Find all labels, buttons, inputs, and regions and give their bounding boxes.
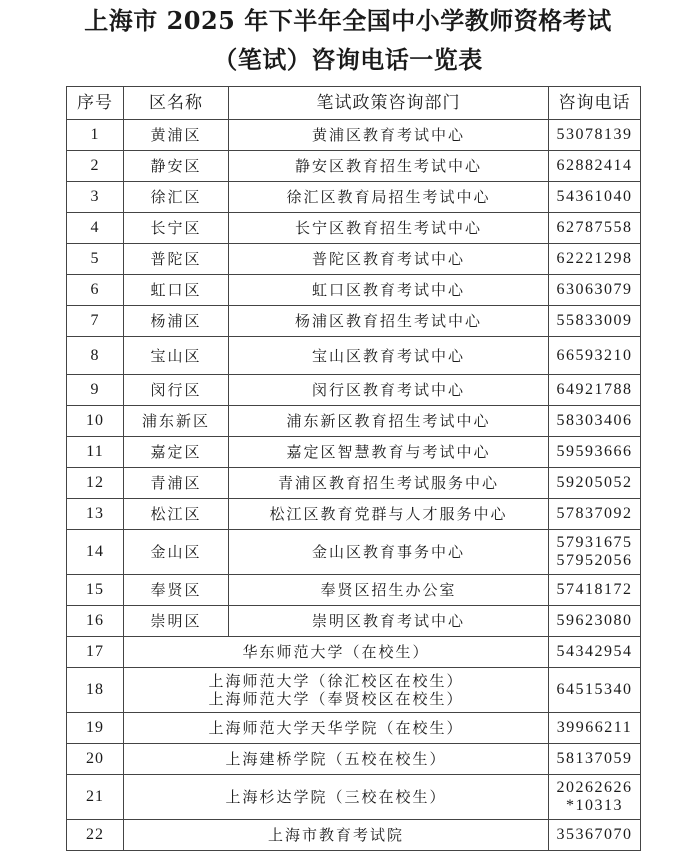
row-phone: 54342954 bbox=[549, 637, 641, 668]
row-institution: 上海建桥学院（五校在校生） bbox=[124, 744, 549, 775]
row-index: 18 bbox=[67, 668, 124, 713]
row-phone: 59623080 bbox=[549, 606, 641, 637]
row-phone: 64515340 bbox=[549, 668, 641, 713]
institution-line-1: 上海师范大学（徐汇校区在校生） bbox=[124, 672, 548, 690]
row-phone: 53078139 bbox=[549, 120, 641, 151]
row-phone: 39966211 bbox=[549, 713, 641, 744]
row-index: 14 bbox=[67, 530, 124, 575]
row-index: 17 bbox=[67, 637, 124, 668]
phone-line-2: 57952056 bbox=[549, 552, 640, 570]
row-index: 11 bbox=[67, 437, 124, 468]
row-department: 黄浦区教育考试中心 bbox=[229, 120, 549, 151]
document-title-line1: 上海市 2025 年下半年全国中小学教师资格考试 bbox=[0, 6, 696, 36]
table-row: 22上海市教育考试院35367070 bbox=[67, 820, 641, 851]
row-index: 15 bbox=[67, 575, 124, 606]
row-department: 长宁区教育招生考试中心 bbox=[229, 213, 549, 244]
phone-line-1: 20262626 bbox=[549, 779, 640, 797]
table-row: 13松江区松江区教育党群与人才服务中心57837092 bbox=[67, 499, 641, 530]
row-phone: 62221298 bbox=[549, 244, 641, 275]
row-department: 静安区教育招生考试中心 bbox=[229, 151, 549, 182]
table-row: 7杨浦区杨浦区教育招生考试中心55833009 bbox=[67, 306, 641, 337]
row-district: 奉贤区 bbox=[124, 575, 229, 606]
header-index: 序号 bbox=[67, 87, 124, 120]
row-phone: 58303406 bbox=[549, 406, 641, 437]
row-district: 静安区 bbox=[124, 151, 229, 182]
row-department: 杨浦区教育招生考试中心 bbox=[229, 306, 549, 337]
row-index: 16 bbox=[67, 606, 124, 637]
row-district: 杨浦区 bbox=[124, 306, 229, 337]
row-index: 20 bbox=[67, 744, 124, 775]
row-district: 青浦区 bbox=[124, 468, 229, 499]
row-institution: 上海师范大学（徐汇校区在校生）上海师范大学（奉贤校区在校生） bbox=[124, 668, 549, 713]
table-row: 17华东师范大学（在校生）54342954 bbox=[67, 637, 641, 668]
row-department: 徐汇区教育局招生考试中心 bbox=[229, 182, 549, 213]
row-phone: 5793167557952056 bbox=[549, 530, 641, 575]
row-phone: 20262626*10313 bbox=[549, 775, 641, 820]
phone-extension: *10313 bbox=[549, 797, 640, 815]
header-department: 笔试政策咨询部门 bbox=[229, 87, 549, 120]
row-index: 12 bbox=[67, 468, 124, 499]
row-phone: 57837092 bbox=[549, 499, 641, 530]
table-row: 1黄浦区黄浦区教育考试中心53078139 bbox=[67, 120, 641, 151]
header-phone: 咨询电话 bbox=[549, 87, 641, 120]
row-index: 2 bbox=[67, 151, 124, 182]
table-row: 14金山区金山区教育事务中心5793167557952056 bbox=[67, 530, 641, 575]
document-title-line2: （笔试）咨询电话一览表 bbox=[0, 45, 696, 75]
row-department: 闵行区教育考试中心 bbox=[229, 375, 549, 406]
table-row: 8宝山区宝山区教育考试中心66593210 bbox=[67, 337, 641, 375]
row-index: 19 bbox=[67, 713, 124, 744]
row-phone: 66593210 bbox=[549, 337, 641, 375]
table-row: 3徐汇区徐汇区教育局招生考试中心54361040 bbox=[67, 182, 641, 213]
row-district: 松江区 bbox=[124, 499, 229, 530]
row-department: 嘉定区智慧教育与考试中心 bbox=[229, 437, 549, 468]
row-phone: 55833009 bbox=[549, 306, 641, 337]
table-header-row: 序号 区名称 笔试政策咨询部门 咨询电话 bbox=[67, 87, 641, 120]
table-row: 2静安区静安区教育招生考试中心62882414 bbox=[67, 151, 641, 182]
row-index: 6 bbox=[67, 275, 124, 306]
row-index: 5 bbox=[67, 244, 124, 275]
row-index: 3 bbox=[67, 182, 124, 213]
table-row: 19上海师范大学天华学院（在校生）39966211 bbox=[67, 713, 641, 744]
row-index: 13 bbox=[67, 499, 124, 530]
row-index: 8 bbox=[67, 337, 124, 375]
row-phone: 57418172 bbox=[549, 575, 641, 606]
row-index: 22 bbox=[67, 820, 124, 851]
table-row: 21上海杉达学院（三校在校生）20262626*10313 bbox=[67, 775, 641, 820]
institution-line-2: 上海师范大学（奉贤校区在校生） bbox=[124, 690, 548, 708]
row-department: 奉贤区招生办公室 bbox=[229, 575, 549, 606]
table-row: 15奉贤区奉贤区招生办公室57418172 bbox=[67, 575, 641, 606]
row-phone: 35367070 bbox=[549, 820, 641, 851]
row-institution: 上海师范大学天华学院（在校生） bbox=[124, 713, 549, 744]
row-index: 1 bbox=[67, 120, 124, 151]
row-district: 虹口区 bbox=[124, 275, 229, 306]
row-institution: 上海市教育考试院 bbox=[124, 820, 549, 851]
row-phone: 59205052 bbox=[549, 468, 641, 499]
row-district: 宝山区 bbox=[124, 337, 229, 375]
row-district: 黄浦区 bbox=[124, 120, 229, 151]
row-institution: 上海杉达学院（三校在校生） bbox=[124, 775, 549, 820]
table-row: 11嘉定区嘉定区智慧教育与考试中心59593666 bbox=[67, 437, 641, 468]
table-row: 5普陀区普陀区教育考试中心62221298 bbox=[67, 244, 641, 275]
row-department: 宝山区教育考试中心 bbox=[229, 337, 549, 375]
row-department: 虹口区教育考试中心 bbox=[229, 275, 549, 306]
row-district: 普陀区 bbox=[124, 244, 229, 275]
row-department: 金山区教育事务中心 bbox=[229, 530, 549, 575]
table-row: 12青浦区青浦区教育招生考试服务中心59205052 bbox=[67, 468, 641, 499]
row-district: 金山区 bbox=[124, 530, 229, 575]
row-phone: 62882414 bbox=[549, 151, 641, 182]
row-index: 7 bbox=[67, 306, 124, 337]
row-phone: 54361040 bbox=[549, 182, 641, 213]
row-index: 9 bbox=[67, 375, 124, 406]
row-district: 长宁区 bbox=[124, 213, 229, 244]
row-department: 崇明区教育考试中心 bbox=[229, 606, 549, 637]
row-institution: 华东师范大学（在校生） bbox=[124, 637, 549, 668]
row-district: 闵行区 bbox=[124, 375, 229, 406]
table-row: 4长宁区长宁区教育招生考试中心62787558 bbox=[67, 213, 641, 244]
table-row: 20上海建桥学院（五校在校生）58137059 bbox=[67, 744, 641, 775]
row-phone: 63063079 bbox=[549, 275, 641, 306]
row-district: 崇明区 bbox=[124, 606, 229, 637]
row-phone: 62787558 bbox=[549, 213, 641, 244]
row-index: 10 bbox=[67, 406, 124, 437]
row-phone: 64921788 bbox=[549, 375, 641, 406]
row-district: 徐汇区 bbox=[124, 182, 229, 213]
row-index: 21 bbox=[67, 775, 124, 820]
row-department: 松江区教育党群与人才服务中心 bbox=[229, 499, 549, 530]
phone-line-1: 57931675 bbox=[549, 534, 640, 552]
row-department: 普陀区教育考试中心 bbox=[229, 244, 549, 275]
row-index: 4 bbox=[67, 213, 124, 244]
row-district: 嘉定区 bbox=[124, 437, 229, 468]
header-district: 区名称 bbox=[124, 87, 229, 120]
row-department: 浦东新区教育招生考试中心 bbox=[229, 406, 549, 437]
table-row: 6虹口区虹口区教育考试中心63063079 bbox=[67, 275, 641, 306]
table-row: 16崇明区崇明区教育考试中心59623080 bbox=[67, 606, 641, 637]
row-department: 青浦区教育招生考试服务中心 bbox=[229, 468, 549, 499]
table-row: 10浦东新区浦东新区教育招生考试中心58303406 bbox=[67, 406, 641, 437]
table-row: 9闵行区闵行区教育考试中心64921788 bbox=[67, 375, 641, 406]
contact-table: 序号 区名称 笔试政策咨询部门 咨询电话 1黄浦区黄浦区教育考试中心530781… bbox=[66, 86, 641, 851]
row-phone: 59593666 bbox=[549, 437, 641, 468]
table-row: 18上海师范大学（徐汇校区在校生）上海师范大学（奉贤校区在校生）64515340 bbox=[67, 668, 641, 713]
row-phone: 58137059 bbox=[549, 744, 641, 775]
row-district: 浦东新区 bbox=[124, 406, 229, 437]
